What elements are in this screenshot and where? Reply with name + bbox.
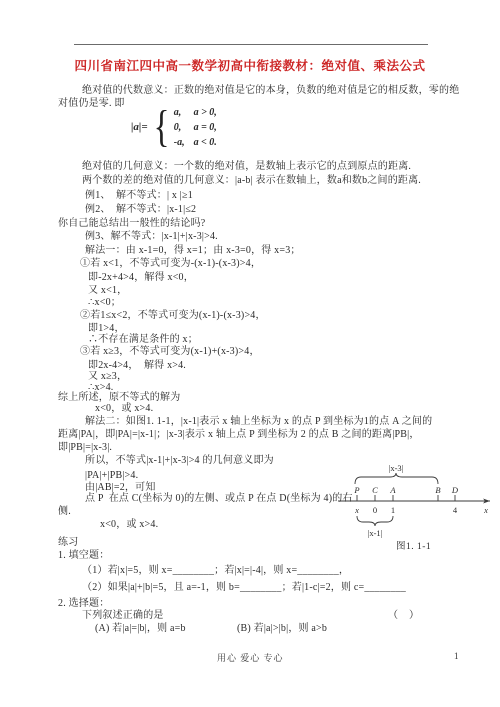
solution2-p3: |PA|+|PB|>4. [85, 470, 138, 482]
solution1-case1-line3: 又 x<1， [88, 285, 127, 297]
formula-cases: a,a > 0, 0,a = 0, -a,a < 0. [174, 106, 217, 149]
solution1-case2-line3: ∴不存在满足条件的 x； [88, 334, 198, 346]
footer-page-number: 1 [454, 651, 459, 661]
solution1-case3-line1: ③若 x≥3，不等式可变为(x-1)+(x-3)>4， [80, 346, 260, 358]
examples-prompt: 你自己能总结出一般性的结论吗? [58, 218, 205, 230]
axis-label-1: 1 [391, 505, 395, 515]
point-label-P: P [353, 485, 359, 495]
bottom-brace [357, 516, 393, 526]
solution2-p1-line1: 解法二：如图1. 1-1，|x-1|表示 x 轴上坐标为 x 的点 P 到坐标为… [85, 416, 432, 428]
case-cond: a = 0, [194, 121, 217, 134]
point-label-C: C [372, 485, 378, 495]
solution1-case2-line1: ②若1≤x<2，不等式可变为(x-1)-(x-3)>4， [80, 310, 266, 322]
formula-brace: { [153, 105, 169, 149]
exercise-q2-label: 2. 选择题： [58, 598, 109, 610]
case-value: a, [174, 106, 185, 119]
exercise-heading: 练习 [58, 537, 78, 549]
solution2-p5-line1: 点 P 在点 C(坐标为 0)的左侧、或点 P 在点 D(坐标为 4)的右 [85, 493, 353, 505]
footer-motto: 用心 爱心 专心 [217, 651, 284, 664]
exercise-q1-item2: （2）如果|a|+|b|=5，且 a=-1，则 b=________；若|1-c… [82, 582, 406, 594]
absolute-value-formula: |a|= { a,a > 0, 0,a = 0, -a,a < 0. [131, 105, 217, 149]
point-label-D: D [451, 485, 459, 495]
axis-label-x-right: x [483, 505, 488, 515]
example-3: 例3、解不等式：|x-1|+|x-3|>4. [85, 231, 218, 243]
solution1-intro: 解法一：由 x-1=0，得 x=1；由 x-3=0，得 x=3； [85, 245, 301, 257]
document-page: 四川省南江四中高一数学初高中衔接教材：绝对值、乘法公式 绝对值的代数意义：正数的… [0, 0, 500, 707]
axis-label-4: 4 [453, 505, 458, 515]
case-value: -a, [174, 136, 185, 149]
exercise-q1-label: 1. 填空题： [58, 550, 109, 562]
case-value: 0, [174, 121, 185, 134]
axis-label-x-left: x [354, 505, 359, 515]
top-brace [355, 473, 438, 484]
solution2-p1-line2: 距离|PA|，即|PA|=|x-1|；|x-3|表示 x 轴上点 P 到坐标为 … [58, 429, 420, 441]
solution1-case1-line1: ①若 x<1，不等式可变为-(x-1)-(x-3)>4， [80, 258, 261, 270]
exercise-q2-prompt: 下列叙述正确的是 [82, 610, 164, 622]
solution2-p2: 所以，不等式|x-1|+|x-3|>4 的几何意义即为 [85, 455, 274, 467]
header-rule [74, 44, 428, 45]
geometric-line-2: 两个数的差的绝对值的几何意义：|a-b| 表示在数轴上，数a和数b之间的距离. [82, 175, 421, 187]
answer-brackets: （ ） [388, 610, 419, 622]
geometric-line-1: 绝对值的几何意义：一个数的绝对值，是数轴上表示它的点到原点的距离. [82, 161, 411, 173]
bottom-brace-label: |x-1| [368, 528, 383, 538]
page-title: 四川省南江四中高一数学初高中衔接教材：绝对值、乘法公式 [0, 56, 500, 74]
point-label-A: A [389, 485, 396, 495]
solution1-case1-line4: ∴x<0； [88, 297, 121, 309]
solution1-case1-line2: 即-2x+4>4，解得 x<0， [88, 272, 194, 284]
figure-caption: 图1. 1-1 [396, 538, 431, 552]
solution2-p1-line3: 即|PB|=|x-3|. [58, 442, 112, 454]
formula-lhs: |a|= [131, 121, 148, 133]
choice-B: (B) 若|a|>|b|，则 a>b [237, 623, 327, 635]
intro-line-1: 绝对值的代数意义：正数的绝对值是它的本身，负数的绝对值是它的相反数，零的绝 [82, 85, 459, 97]
example-1: 例1、 解不等式：| x |≥1 [85, 190, 193, 202]
solution1-conclusion-2: x<0，或 x>4. [95, 403, 153, 415]
case-cond: a > 0, [194, 106, 217, 119]
example-2: 例2、 解不等式：|x-1|≤2 [85, 204, 196, 216]
point-label-B: B [435, 485, 440, 495]
exercise-q1-item1: （1）若|x|=5，则 x=________；若|x|=|-4|，则 x=___… [82, 565, 349, 577]
intro-line-2: 对值仍是零. 即 [58, 98, 125, 110]
solution2-p6: x<0，或 x>4. [100, 519, 158, 531]
solution2-p5-line2: 侧. [58, 506, 71, 518]
case-cond: a < 0. [194, 136, 217, 149]
axis-label-0: 0 [373, 505, 377, 515]
choice-A: (A) 若|a|=|b|，则 a=b [95, 623, 186, 635]
number-line-figure: |x-3| P C A B D x 0 1 4 x |x-1| [334, 462, 498, 538]
top-brace-label: |x-3| [389, 463, 404, 473]
